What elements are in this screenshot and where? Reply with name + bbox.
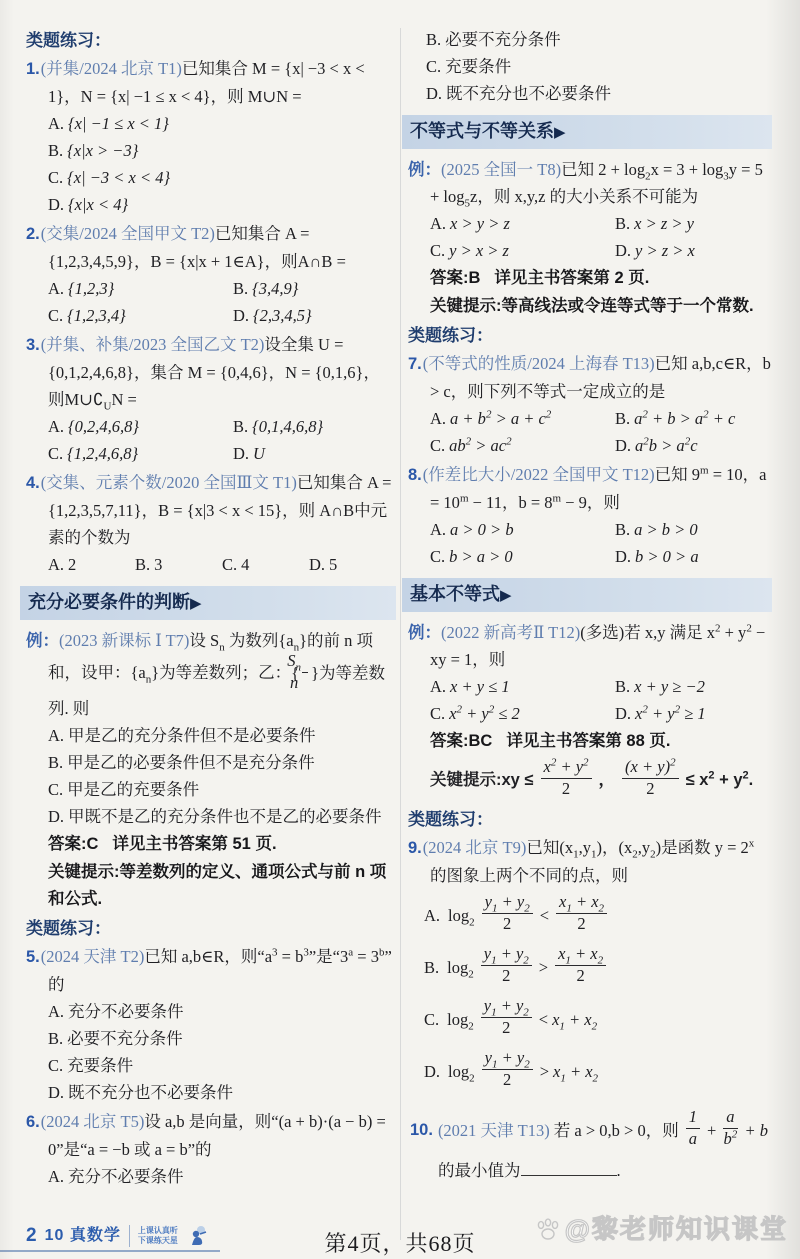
option-c: C.y > x > z [430,237,615,264]
problem-5-options: A.充分不必要条件 B.必要不充分条件 C.充要条件 D.既不充分也不必要条件 [26,998,396,1106]
answer-line: 答案:B详见主书答案第 2 页. [408,265,772,292]
problem-3-options: A.{0,2,4,6,8} B.{0,1,4,6,8} C.{1,2,4,6,8… [26,413,396,467]
hint-line-with-fractions: 关键提示:xy ≤ x2 + y22 ， (x + y)22 ≤ x2 + y2… [408,756,772,804]
example-3-stem: 例：(2022 新高考Ⅱ T12)(多选)若 x,y 满足 x2 + y2 − … [408,619,772,673]
footer-separator [129,1225,130,1247]
band-arrow-icon: ▶ [500,587,512,604]
practice-heading: 类题练习： [408,806,772,833]
problem-citation: (并集、补集/2023 全国乙文 T2) [41,335,265,354]
hint-line: 关键提示:等差数列的定义、通项公式与前 n 项和公式. [26,859,396,913]
section-band-sufficient-necessary: 充分必要条件的判断▶ [20,586,396,620]
practice-heading: 类题练习： [408,322,772,349]
option-a: A.充分不必要条件 [48,1163,396,1190]
problem-6-options-continued: B.必要不充分条件 C.充要条件 D.既不充分也不必要条件 [408,26,772,107]
option-a: A.{x| −1 ≤ x < 1} [48,110,396,137]
example-citation: (2022 新高考Ⅱ T12) [441,623,580,642]
option-c: C.{x| −3 < x < 4} [48,164,396,191]
problem-8-stem: 8.(作差比大小/2022 全国甲文 T12)已知 9m = 10，a = 10… [408,461,772,516]
hint-line: 关键提示:等高线法或令连等式等于一个常数. [408,293,772,320]
option-c: C.log2 y1 + y22 < x1 + x2 [422,993,772,1045]
inline-fraction: y1 + y22 [481,997,532,1038]
option-d: D.{x|x < 4} [48,191,396,218]
problem-number: 3. [26,336,41,354]
option-d: D.x2 + y2 ≥ 1 [615,700,772,727]
problem-7: 7.(不等式的性质/2024 上海春 T13)已知 a,b,c∈R，b > c，… [408,350,772,459]
option-d: D.既不充分也不必要条件 [48,1079,396,1106]
section-band-basic-inequality: 基本不等式▶ [402,578,772,612]
option-b: B.必要不充分条件 [48,1025,396,1052]
inline-fraction: x1 + x22 [555,945,606,986]
problem-number: 5. [26,948,41,966]
problem-7-options: A.a + b2 > a + c2 B.a2 + b > a2 + c C.ab… [408,405,772,459]
problem-3: 3.(并集、补集/2023 全国乙文 T2)设全集 U = {0,1,2,4,6… [26,331,396,467]
multi-choice-tag: (多选) [580,623,624,642]
problem-9: 9.(2024 北京 T9)已知(x1,y1)，(x2,y2)是函数 y = 2… [408,834,772,1097]
right-column: B.必要不充分条件 C.充要条件 D.既不充分也不必要条件 不等式与不等关系▶ … [408,26,772,1186]
column-divider [400,28,401,1240]
option-a: A.a > 0 > b [430,516,615,543]
example-label: 例： [26,631,59,650]
inline-fraction: x1 + x22 [556,893,607,934]
option-b: B.x > z > y [615,210,772,237]
left-column: 类题练习： 1.(并集/2024 北京 T1)已知集合 M = {x| −3 <… [26,26,396,1192]
practice-heading: 类题练习： [26,27,396,54]
watermark: @黎老师知识课堂 [535,1216,788,1243]
footer-brand: 10 真数学 [45,1222,121,1249]
example-label: 例： [408,160,441,179]
option-b: B.log2 y1 + y22 > x1 + x22 [422,941,772,993]
option-d: D.5 [309,551,396,578]
option-a: A.甲是乙的充分条件但不是必要条件 [48,722,396,749]
problem-citation: (2024 天津 T2) [41,947,145,966]
inline-fraction: 1a [686,1108,700,1149]
option-d: D.{2,3,4,5} [233,302,396,329]
answer-line: 答案:BC详见主书答案第 88 页. [408,728,772,755]
option-c: C.ab2 > ac2 [430,432,615,459]
example-1: 例：(2023 新课标 Ⅰ T7)设 Sn 为数列{an}的前 n 项和，设甲：… [26,627,396,913]
problem-6: 6.(2024 北京 T5)设 a,b 是向量，则“(a + b)·(a − b… [26,1108,396,1190]
problem-citation: (作差比大小/2022 全国甲文 T12) [423,465,655,484]
option-c: C.甲是乙的充要条件 [48,776,396,803]
problem-8-options: A.a > 0 > b B.a > b > 0 C.b > a > 0 D.b … [408,516,772,570]
problem-citation: (不等式的性质/2024 上海春 T13) [423,354,655,373]
example-2-stem: 例：(2025 全国一 T8)已知 2 + log2x = 3 + log3y … [408,156,772,210]
problem-number: 9. [408,839,423,857]
problem-number: 8. [408,466,423,484]
option-b: B.{0,1,4,6,8} [233,413,396,440]
problem-citation: (2024 北京 T9) [423,838,527,857]
mascot-logo-icon [186,1225,210,1247]
option-a: A.log2 y1 + y22 < x1 + x22 [422,889,772,941]
problem-9-options: A.log2 y1 + y22 < x1 + x22 B.log2 y1 + y… [408,889,772,1097]
option-a: A.a + b2 > a + c2 [430,405,615,432]
option-b: B.{3,4,9} [233,275,396,302]
example-citation: (2023 新课标 Ⅰ T7) [59,631,189,650]
book-page-number: 2 [26,1222,37,1249]
option-a: A.充分不必要条件 [48,998,396,1025]
answer-blank [521,1161,617,1176]
problem-9-stem: 9.(2024 北京 T9)已知(x1,y1)，(x2,y2)是函数 y = 2… [408,834,772,889]
footer-slogans: 上课认真听 下课练天星 [138,1226,178,1246]
option-b: B.a > b > 0 [615,516,772,543]
option-a: A.{1,2,3} [48,275,233,302]
inline-fraction: y1 + y22 [481,945,532,986]
problem-4: 4.(交集、元素个数/2020 全国Ⅲ文 T1)已知集合 A = {1,2,3,… [26,469,396,578]
option-b: B.3 [135,551,222,578]
option-b: B.必要不充分条件 [426,26,772,53]
footer-rule [0,1250,220,1252]
answer-line: 答案:C详见主书答案第 51 页. [26,831,396,858]
pdf-page-indicator: 第4页，共68页 [324,1230,475,1257]
option-b: B.x + y ≥ −2 [615,673,772,700]
example-3-options: A.x + y ≤ 1 B.x + y ≥ −2 C.x2 + y2 ≤ 2 D… [408,673,772,727]
problem-5-stem: 5.(2024 天津 T2)已知 a,b∈R，则“a3 = b3”是“3a = … [26,943,396,998]
problem-number: 6. [26,1113,41,1131]
inline-fraction: ab2 [723,1108,737,1149]
example-3: 例：(2022 新高考Ⅱ T12)(多选)若 x,y 满足 x2 + y2 − … [408,619,772,804]
problem-number: 7. [408,355,423,373]
problem-number: 2. [26,225,41,243]
option-d: D.y > z > x [615,237,772,264]
inline-fraction: x2 + y22 [541,758,592,799]
option-d: D.b > 0 > a [615,543,772,570]
band-arrow-icon: ▶ [554,124,566,141]
example-1-stem: 例：(2023 新课标 Ⅰ T7)设 Sn 为数列{an}的前 n 项和，设甲：… [26,627,396,722]
problem-citation: (并集/2024 北京 T1) [41,59,182,78]
problem-10-stem: 10.(2021 天津 T13)若 a > 0,b > 0，则 1a + ab2… [408,1103,772,1157]
paw-icon [535,1218,561,1242]
inline-fraction: y1 + y22 [482,893,533,934]
problem-citation: (交集/2024 全国甲文 T2) [41,224,215,243]
problem-5: 5.(2024 天津 T2)已知 a,b∈R，则“a3 = b3”是“3a = … [26,943,396,1106]
problem-citation: (2024 北京 T5) [41,1112,145,1131]
problem-number: 4. [26,474,41,492]
band-arrow-icon: ▶ [190,595,202,612]
option-a: A.{0,2,4,6,8} [48,413,233,440]
option-a: A.2 [48,551,135,578]
problem-3-stem: 3.(并集、补集/2023 全国乙文 T2)设全集 U = {0,1,2,4,6… [26,331,396,413]
option-c: C.{1,2,4,6,8} [48,440,233,467]
footer: 2 10 真数学 上课认真听 下课练天星 [26,1222,210,1249]
option-d: D.甲既不是乙的充分条件也不是乙的必要条件 [48,803,396,830]
example-2: 例：(2025 全国一 T8)已知 2 + log2x = 3 + log3y … [408,156,772,320]
example-citation: (2025 全国一 T8) [441,160,561,179]
inline-fraction: Snn [302,652,308,693]
problem-4-stem: 4.(交集、元素个数/2020 全国Ⅲ文 T1)已知集合 A = {1,2,3,… [26,469,396,551]
problem-1: 1.(并集/2024 北京 T1)已知集合 M = {x| −3 < x < 1… [26,55,396,218]
option-b: B.{x|x > −3} [48,137,396,164]
option-a: A.x + y ≤ 1 [430,673,615,700]
option-c: C.充要条件 [48,1052,396,1079]
example-1-options: A.甲是乙的充分条件但不是必要条件 B.甲是乙的必要条件但不是充分条件 C.甲是… [26,722,396,830]
problem-2-options: A.{1,2,3} B.{3,4,9} C.{1,2,3,4} D.{2,3,4… [26,275,396,329]
example-label: 例： [408,623,441,642]
inline-fraction: y1 + y22 [482,1049,533,1090]
option-d: D.U [233,440,396,467]
option-d: D.a2b > a2c [615,432,772,459]
option-a: A.x > y > z [430,210,615,237]
problem-7-stem: 7.(不等式的性质/2024 上海春 T13)已知 a,b,c∈R，b > c，… [408,350,772,405]
problem-4-options: A.2 B.3 C.4 D.5 [26,551,396,578]
problem-citation: (交集、元素个数/2020 全国Ⅲ文 T1) [41,473,297,492]
problem-1-stem: 1.(并集/2024 北京 T1)已知集合 M = {x| −3 < x < 1… [26,55,396,110]
problem-10-line2: 的最小值为. [408,1157,772,1184]
section-band-inequality-relations: 不等式与不等关系▶ [402,115,772,149]
problem-number: 10. [410,1117,434,1144]
option-b: B.甲是乙的必要条件但不是充分条件 [48,749,396,776]
option-d: D.既不充分也不必要条件 [426,80,772,107]
problem-6-options: A.充分不必要条件 [26,1163,396,1190]
problem-8: 8.(作差比大小/2022 全国甲文 T12)已知 9m = 10，a = 10… [408,461,772,570]
problem-citation: (2021 天津 T13) [438,1117,550,1144]
option-c: C.x2 + y2 ≤ 2 [430,700,615,727]
option-c: C.充要条件 [426,53,772,80]
problem-1-options: A.{x| −1 ≤ x < 1} B.{x|x > −3} C.{x| −3 … [26,110,396,218]
problem-2-stem: 2.(交集/2024 全国甲文 T2)已知集合 A = {1,2,3,4,5,9… [26,220,396,275]
inline-fraction: (x + y)22 [622,758,679,799]
option-b: B.a2 + b > a2 + c [615,405,772,432]
option-c: C.4 [222,551,309,578]
problem-6-stem: 6.(2024 北京 T5)设 a,b 是向量，则“(a + b)·(a − b… [26,1108,396,1163]
problem-10: 10.(2021 天津 T13)若 a > 0,b > 0，则 1a + ab2… [408,1103,772,1184]
problem-number: 1. [26,60,41,78]
problem-2: 2.(交集/2024 全国甲文 T2)已知集合 A = {1,2,3,4,5,9… [26,220,396,329]
example-2-options: A.x > y > z B.x > z > y C.y > x > z D.y … [408,210,772,264]
option-c: C.{1,2,3,4} [48,302,233,329]
practice-heading: 类题练习： [26,915,396,942]
option-d: D.log2 y1 + y22 > x1 + x2 [422,1045,772,1097]
textbook-page: 类题练习： 1.(并集/2024 北京 T1)已知集合 M = {x| −3 <… [0,0,800,1259]
option-c: C.b > a > 0 [430,543,615,570]
